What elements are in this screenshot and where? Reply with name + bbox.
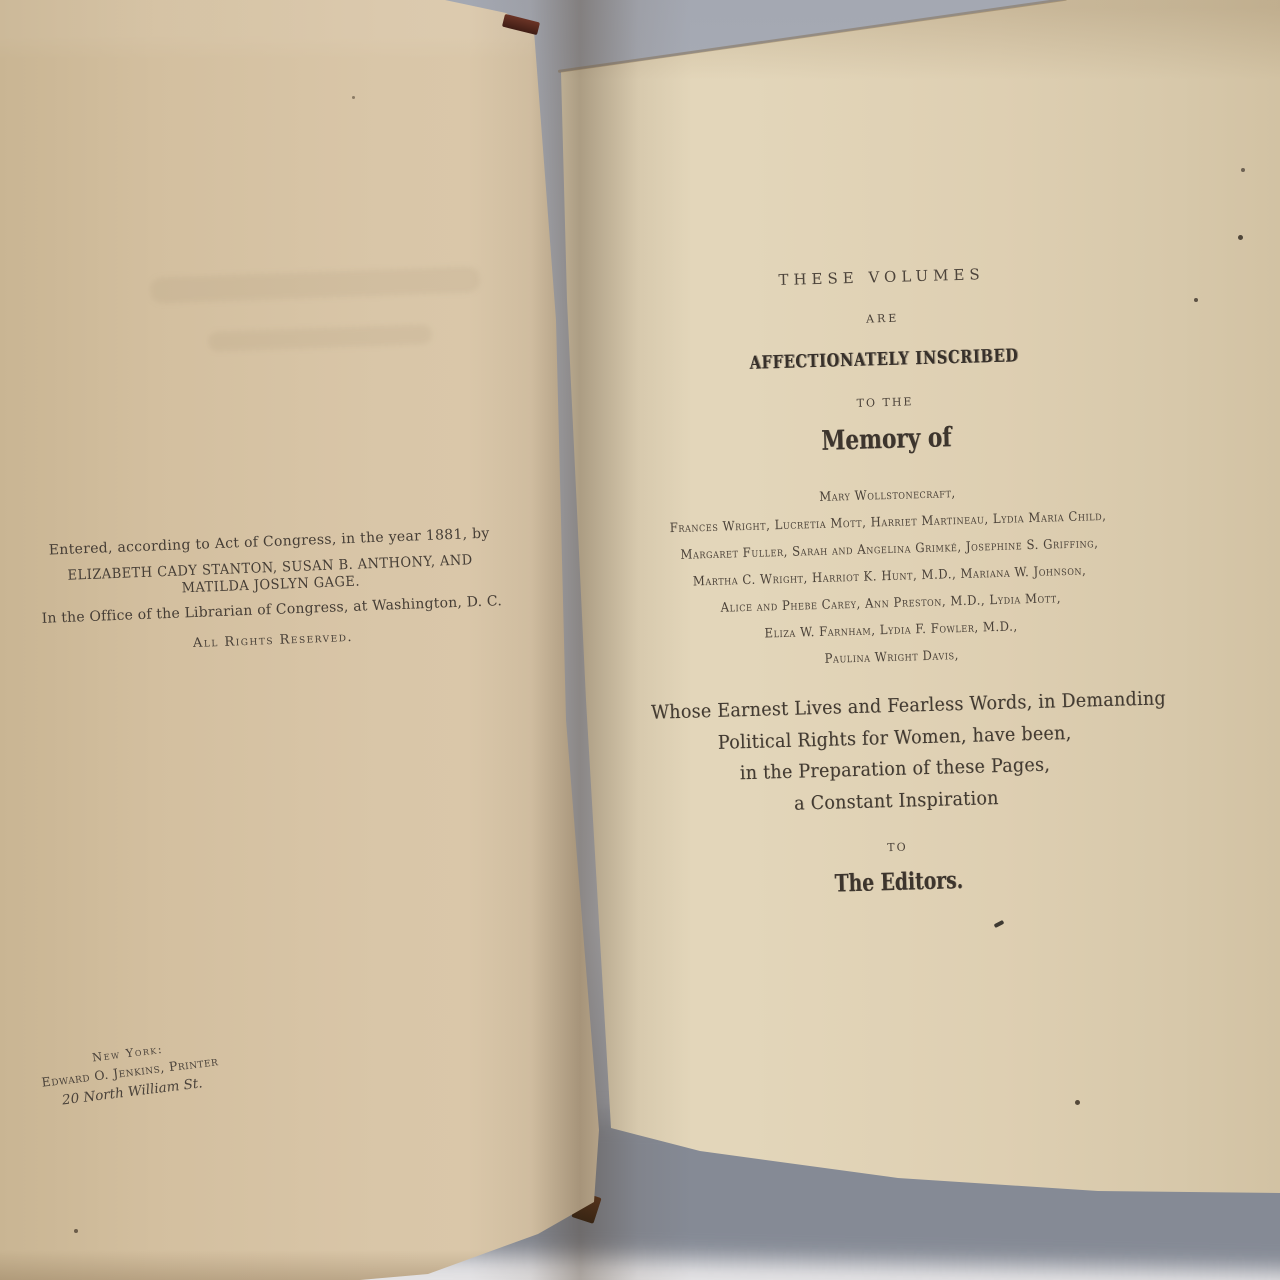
dedication-to-the: TO THE [620, 389, 1150, 417]
gutter-shadow [468, 0, 692, 1280]
dedication-memory-of-text: Memory of [821, 422, 952, 457]
dedication-tribute: Whose Earnest Lives and Fearless Words, … [628, 684, 1161, 825]
book-photograph: Entered, according to Act of Congress, i… [0, 0, 1280, 1280]
dedication-these-volumes: THESE VOLUMES [616, 255, 1146, 294]
dedication-memory-of: Memory of [621, 417, 1152, 463]
foxing-spot [1241, 168, 1245, 172]
editors-signature: The Editors. [633, 859, 1164, 903]
all-rights-reserved-line: All Rights Reserved. [38, 624, 508, 657]
dedication-to: TO [632, 833, 1162, 861]
show-through-smudge [208, 324, 433, 352]
dedication-affectionately-inscribed-text: AFFECTIONATELY INSCRIBED [749, 345, 1019, 374]
foxing-spot [1075, 1100, 1080, 1105]
tribute-line-text: a Constant Inspiration [794, 783, 999, 820]
foxing-spot [1194, 298, 1198, 302]
dedication-text: THESE VOLUMES ARE AFFECTIONATELY INSCRIB… [616, 255, 1163, 904]
editors-signature-text: The Editors. [834, 865, 963, 898]
foxing-spot [74, 1229, 78, 1233]
name-line-text: Mary Wollstonecraft, [819, 480, 956, 511]
foxing-spot [352, 96, 355, 99]
copyright-notice: Entered, according to Act of Congress, i… [34, 519, 508, 657]
show-through-smudge [150, 266, 481, 304]
foxing-spot [1238, 235, 1243, 240]
printer-imprint: New York: Edward O. Jenkins, Printer 20 … [25, 1034, 234, 1112]
dedication-names-list: Mary Wollstonecraft, Frances Wright, Luc… [622, 475, 1157, 679]
dedication-are: ARE [618, 305, 1148, 333]
stray-ink-mark [994, 920, 1005, 928]
dedication-affectionately-inscribed: AFFECTIONATELY INSCRIBED [619, 342, 1149, 378]
name-line-text: Paulina Wright Davis, [825, 642, 960, 673]
